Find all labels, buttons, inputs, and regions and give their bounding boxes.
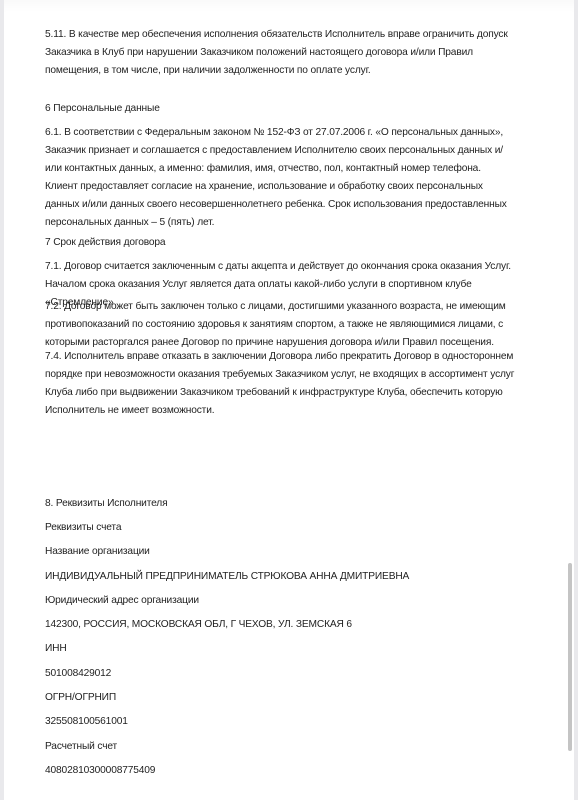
section-6-heading: 6 Персональные данные: [45, 100, 515, 118]
account-value: 40802810300008775409: [45, 762, 515, 780]
ogrn-label: ОГРН/ОГРНИП: [45, 689, 515, 707]
vertical-scrollbar-thumb[interactable]: [568, 563, 572, 751]
section-7-heading: 7 Срок действия договора: [45, 234, 515, 252]
org-name-label: Название организации: [45, 543, 515, 561]
document-page: 5.11. В качестве мер обеспечения исполне…: [4, 0, 574, 800]
inn-value: 501008429012: [45, 665, 515, 683]
clause-6-1: 6.1. В соответствии с Федеральным законо…: [45, 124, 515, 232]
section-8-heading: 8. Реквизиты Исполнителя: [45, 495, 515, 513]
org-name-value: ИНДИВИДУАЛЬНЫЙ ПРЕДПРИНИМАТЕЛЬ СТРЮКОВА …: [45, 568, 515, 586]
clause-7-4: 7.4. Исполнитель вправе отказать в заклю…: [45, 348, 515, 420]
legal-address-value: 142300, РОССИЯ, МОСКОВСКАЯ ОБЛ, Г ЧЕХОВ,…: [45, 616, 515, 634]
clause-7-2: 7.2. Договор может быть заключен только …: [45, 298, 515, 352]
inn-label: ИНН: [45, 640, 515, 658]
ogrn-value: 325508100561001: [45, 713, 515, 731]
legal-address-label: Юридический адрес организации: [45, 592, 515, 610]
account-label: Расчетный счет: [45, 738, 515, 756]
account-details-label: Реквизиты счета: [45, 519, 515, 537]
clause-5-11: 5.11. В качестве мер обеспечения исполне…: [45, 26, 515, 80]
